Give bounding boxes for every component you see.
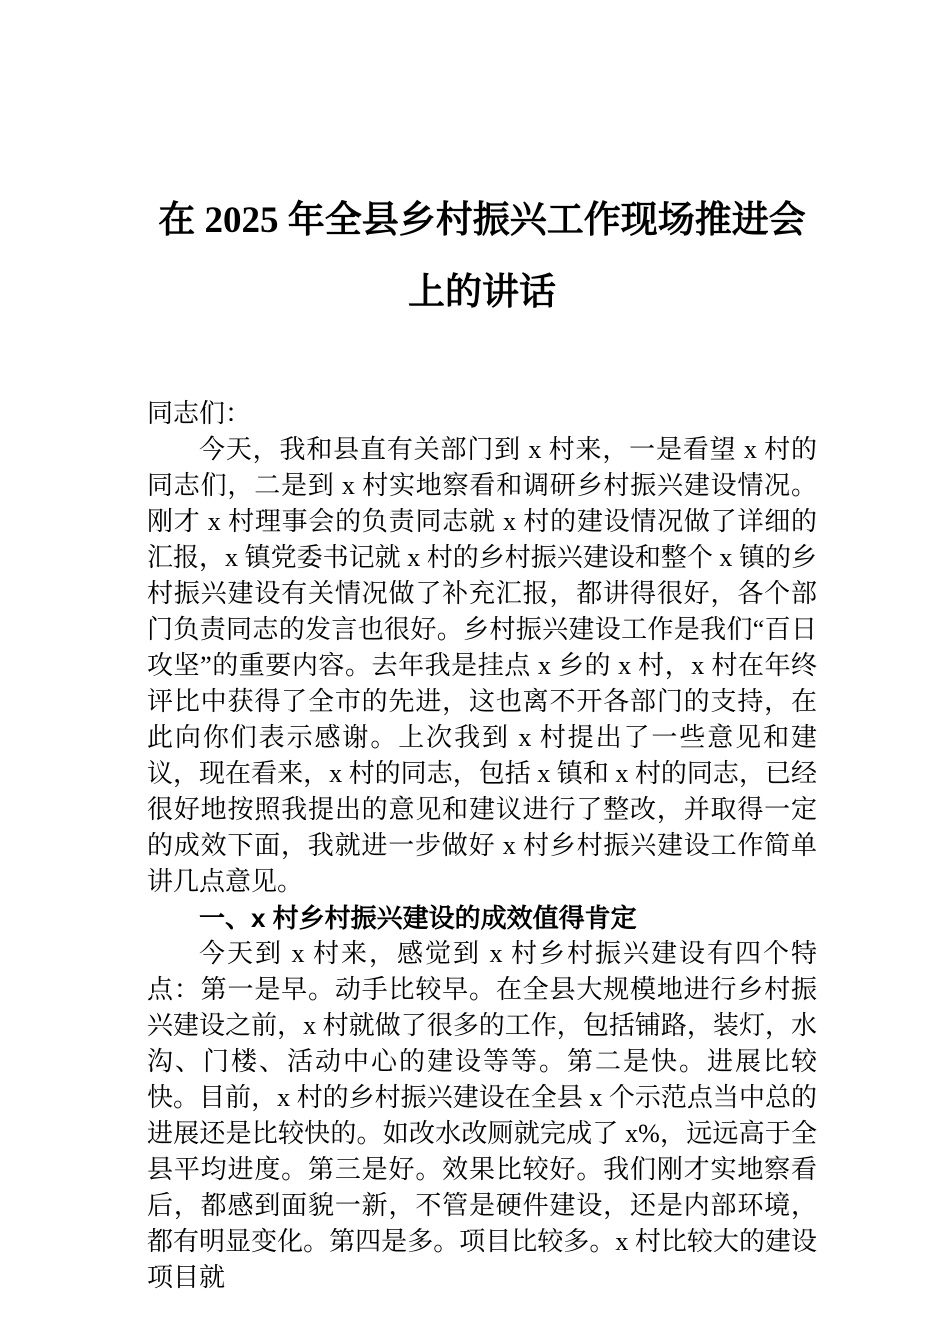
document-page: 在 2025 年全县乡村振兴工作现场推进会上的讲话 同志们： 今天，我和县直有关… <box>0 0 950 1344</box>
document-body: 同志们： 今天，我和县直有关部门到 x 村来，一是看望 x 村的同志们，二是到 … <box>147 396 817 1296</box>
document-title: 在 2025 年全县乡村振兴工作现场推进会上的讲话 <box>147 185 817 329</box>
section-heading-1: 一、x 村乡村振兴建设的成效值得肯定 <box>147 900 817 936</box>
salutation: 同志们： <box>147 396 817 432</box>
paragraph-section-1: 今天到 x 村来，感觉到 x 村乡村振兴建设有四个特点：第一是早。动手比较早。在… <box>147 936 817 1296</box>
paragraph-opening: 今天，我和县直有关部门到 x 村来，一是看望 x 村的同志们，二是到 x 村实地… <box>147 432 817 900</box>
document-content: 在 2025 年全县乡村振兴工作现场推进会上的讲话 同志们： 今天，我和县直有关… <box>147 0 817 1296</box>
